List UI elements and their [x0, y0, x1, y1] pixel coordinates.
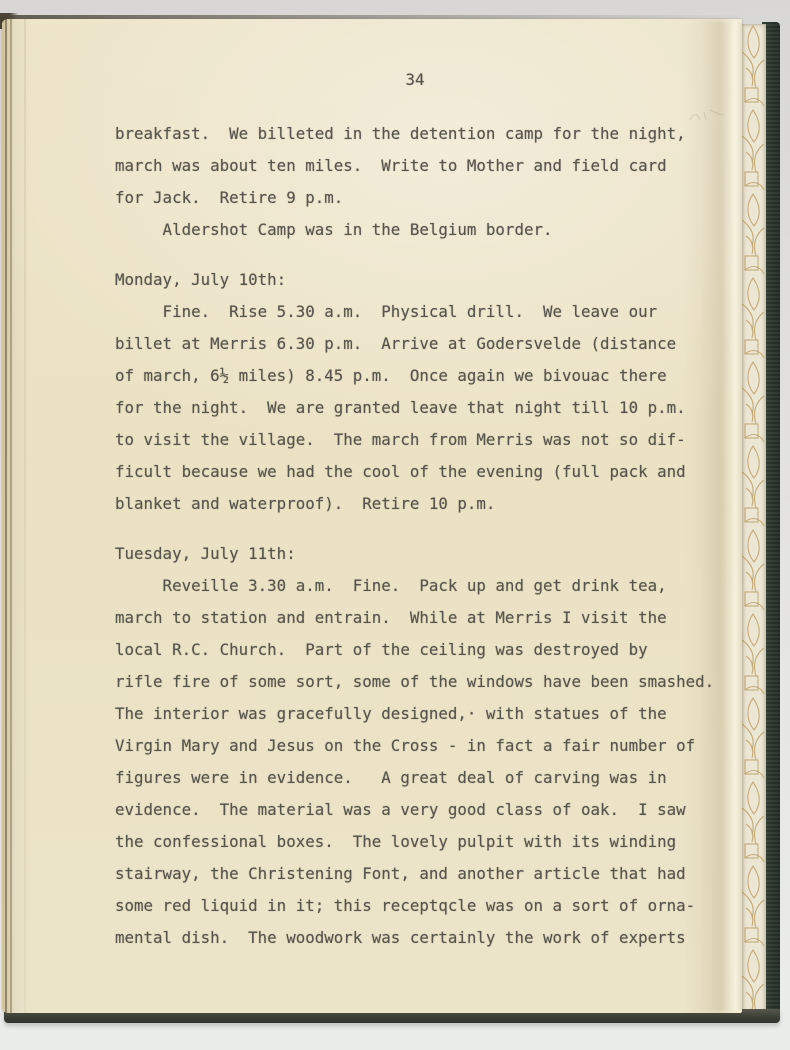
text-line: billet at Merris 6.30 p.m. Arrive at God…	[115, 328, 740, 360]
section-heading: Tuesday, July 11th:	[115, 538, 740, 570]
text-line: ficult because we had the cool of the ev…	[115, 456, 740, 488]
page-number: 34	[115, 70, 715, 89]
text-line: Reveille 3.30 a.m. Fine. Pack up and get…	[115, 570, 740, 602]
text-line: Fine. Rise 5.30 a.m. Physical drill. We …	[115, 296, 740, 328]
text-line: march to station and entrain. While at M…	[115, 602, 740, 634]
text-line: stairway, the Christening Font, and anot…	[115, 858, 740, 890]
leaf-pattern	[740, 24, 766, 1014]
section-heading: Monday, July 10th:	[115, 264, 740, 296]
text-block: breakfast. We billeted in the detention …	[115, 118, 740, 954]
text-line: figures were in evidence. A great deal o…	[115, 762, 740, 794]
text-line: Virgin Mary and Jesus on the Cross - in …	[115, 730, 740, 762]
decorative-endpaper-strip	[740, 24, 766, 1014]
text-line: the confessional boxes. The lovely pulpi…	[115, 826, 740, 858]
stacked-page-edges	[2, 19, 15, 1013]
text-line: local R.C. Church. Part of the ceiling w…	[115, 634, 740, 666]
diary-section: breakfast. We billeted in the detention …	[115, 118, 740, 246]
scanned-diary-page: { "document": { "kind": "typewritten-dia…	[0, 0, 790, 1050]
diary-section: Monday, July 10th: Fine. Rise 5.30 a.m. …	[115, 264, 740, 520]
page-crease	[24, 19, 26, 1013]
text-line: mental dish. The woodwork was certainly …	[115, 922, 740, 954]
text-line: march was about ten miles. Write to Moth…	[115, 150, 740, 182]
text-line: of march, 6½ miles) 8.45 p.m. Once again…	[115, 360, 740, 392]
text-line: Aldershot Camp was in the Belgium border…	[115, 214, 740, 246]
text-line: some red liquid in it; this receptqcle w…	[115, 890, 740, 922]
text-line: evidence. The material was a very good c…	[115, 794, 740, 826]
text-line: for Jack. Retire 9 p.m.	[115, 182, 740, 214]
text-line: to visit the village. The march from Mer…	[115, 424, 740, 456]
text-line: blanket and waterproof). Retire 10 p.m.	[115, 488, 740, 520]
diary-section: Tuesday, July 11th: Reveille 3.30 a.m. F…	[115, 538, 740, 954]
text-line: rifle fire of some sort, some of the win…	[115, 666, 740, 698]
text-line: breakfast. We billeted in the detention …	[115, 118, 740, 150]
text-line: The interior was gracefully designed,· w…	[115, 698, 740, 730]
text-line: for the night. We are granted leave that…	[115, 392, 740, 424]
